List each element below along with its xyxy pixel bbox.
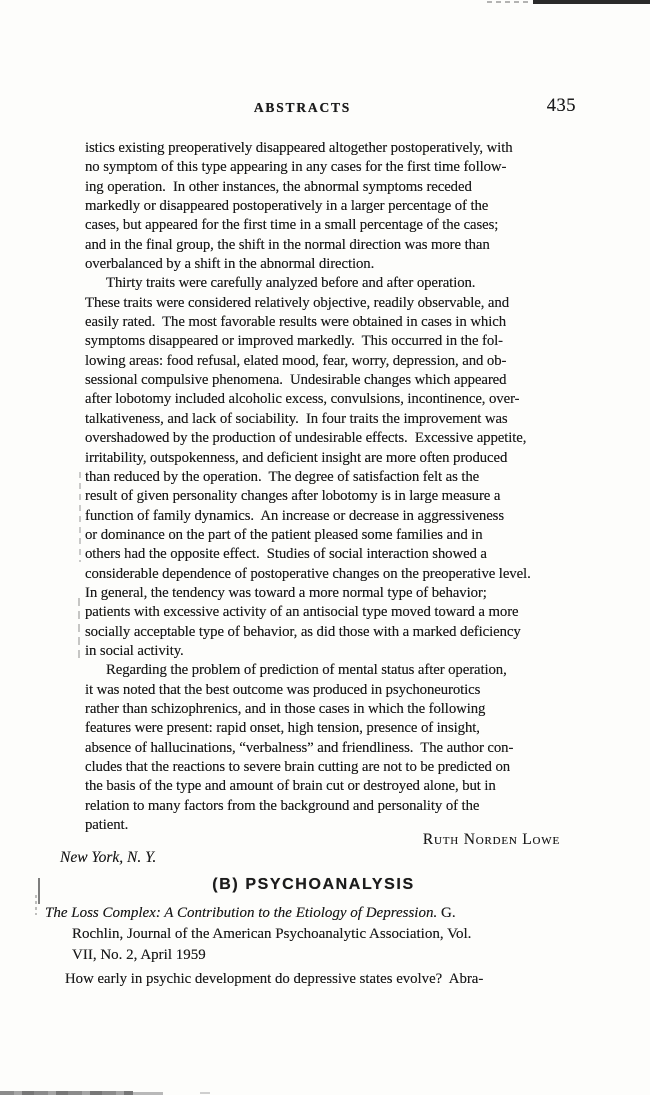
scan-artifact-top-streak bbox=[533, 0, 650, 4]
body-text-line: talkativeness, and lack of sociability. … bbox=[85, 410, 568, 429]
scan-artifact-margin-dots bbox=[35, 895, 37, 915]
citation-title: The Loss Complex: A Contribution to the … bbox=[45, 905, 437, 921]
citation-continuation-line: Rochlin, Journal of the American Psychoa… bbox=[45, 924, 569, 945]
scan-artifact-bottom-streak bbox=[0, 1091, 133, 1095]
body-text-line: socially acceptable type of behavior, as… bbox=[85, 623, 568, 642]
page-number: 435 bbox=[547, 96, 576, 117]
body-text-line: overshadowed by the production of undesi… bbox=[85, 429, 568, 448]
body-text-line: Thirty traits were carefully analyzed be… bbox=[85, 274, 568, 293]
scan-artifact-margin-line-upper bbox=[79, 472, 81, 562]
body-text-line: than reduced by the operation. The degre… bbox=[85, 468, 568, 487]
closing-paragraph: How early in psychic development do depr… bbox=[65, 970, 570, 989]
body-text-line: In general, the tendency was toward a mo… bbox=[85, 584, 568, 603]
scan-artifact-top-dashes bbox=[487, 1, 529, 3]
body-text-line: or dominance on the part of the patient … bbox=[85, 526, 568, 545]
body-text-line: cludes that the reactions to severe brai… bbox=[85, 758, 568, 777]
body-text-line: These traits were considered relatively … bbox=[85, 294, 568, 313]
body-text-line: in social activity. bbox=[85, 642, 568, 661]
abstract-body-text: istics existing preoperatively disappear… bbox=[85, 139, 568, 835]
body-text-line: rather than schizophrenics, and in those… bbox=[85, 700, 568, 719]
scan-artifact-margin-line-lower bbox=[78, 598, 80, 658]
body-text-line: Regarding the problem of prediction of m… bbox=[85, 661, 568, 680]
body-text-line: considerable dependence of postoperative… bbox=[85, 565, 568, 584]
citation-continuation-line: VII, No. 2, April 1959 bbox=[45, 945, 569, 966]
body-text-line: cases, but appeared for the first time i… bbox=[85, 216, 568, 235]
body-text-line: markedly or disappeared postoperatively … bbox=[85, 197, 568, 216]
body-text-line: others had the opposite effect. Studies … bbox=[85, 545, 568, 564]
scanned-journal-page: ABSTRACTS 435 istics existing preoperati… bbox=[0, 0, 650, 1095]
closing-paragraph-line: How early in psychic development do depr… bbox=[65, 970, 570, 989]
body-text-line: lowing areas: food refusal, elated mood,… bbox=[85, 352, 568, 371]
scan-artifact-margin-tick bbox=[38, 878, 40, 904]
body-text-line: sessional compulsive phenomena. Undesira… bbox=[85, 371, 568, 390]
scan-artifact-bottom-speck bbox=[200, 1092, 210, 1094]
body-text-line: irritability, outspokenness, and deficie… bbox=[85, 449, 568, 468]
citation-author-initial: G. bbox=[441, 905, 456, 921]
abstractor-location: New York, N. Y. bbox=[60, 849, 156, 867]
section-heading: (B) PSYCHOANALYSIS bbox=[85, 876, 568, 894]
body-text-line: symptoms disappeared or improved markedl… bbox=[85, 332, 568, 351]
body-text-line: result of given personality changes afte… bbox=[85, 487, 568, 506]
scan-artifact-bottom-streak-light bbox=[133, 1092, 163, 1095]
body-text-line: it was noted that the best outcome was p… bbox=[85, 681, 568, 700]
body-text-line: overbalanced by a shift in the abnormal … bbox=[85, 255, 568, 274]
body-text-line: and in the final group, the shift in the… bbox=[85, 236, 568, 255]
body-text-line: patients with excessive activity of an a… bbox=[85, 603, 568, 622]
body-text-line: the basis of the type and amount of brai… bbox=[85, 777, 568, 796]
running-head-title: ABSTRACTS bbox=[254, 100, 351, 116]
body-text-line: relation to many factors from the backgr… bbox=[85, 797, 568, 816]
running-head: ABSTRACTS bbox=[85, 99, 568, 117]
citation-title-line: The Loss Complex: A Contribution to the … bbox=[45, 903, 569, 924]
body-text-line: easily rated. The most favorable results… bbox=[85, 313, 568, 332]
body-text-line: after lobotomy included alcoholic excess… bbox=[85, 390, 568, 409]
body-text-line: absence of hallucinations, “verbalness” … bbox=[85, 739, 568, 758]
body-text-line: ing operation. In other instances, the a… bbox=[85, 178, 568, 197]
section-heading-text: (B) PSYCHOANALYSIS bbox=[212, 876, 414, 894]
body-text-line: no symptom of this type appearing in any… bbox=[85, 158, 568, 177]
body-text-line: function of family dynamics. An increase… bbox=[85, 507, 568, 526]
body-text-line: features were present: rapid onset, high… bbox=[85, 719, 568, 738]
citation-entry: The Loss Complex: A Contribution to the … bbox=[45, 903, 569, 966]
abstractor-signature: Ruth Norden Lowe bbox=[423, 831, 560, 849]
body-text-line: istics existing preoperatively disappear… bbox=[85, 139, 568, 158]
